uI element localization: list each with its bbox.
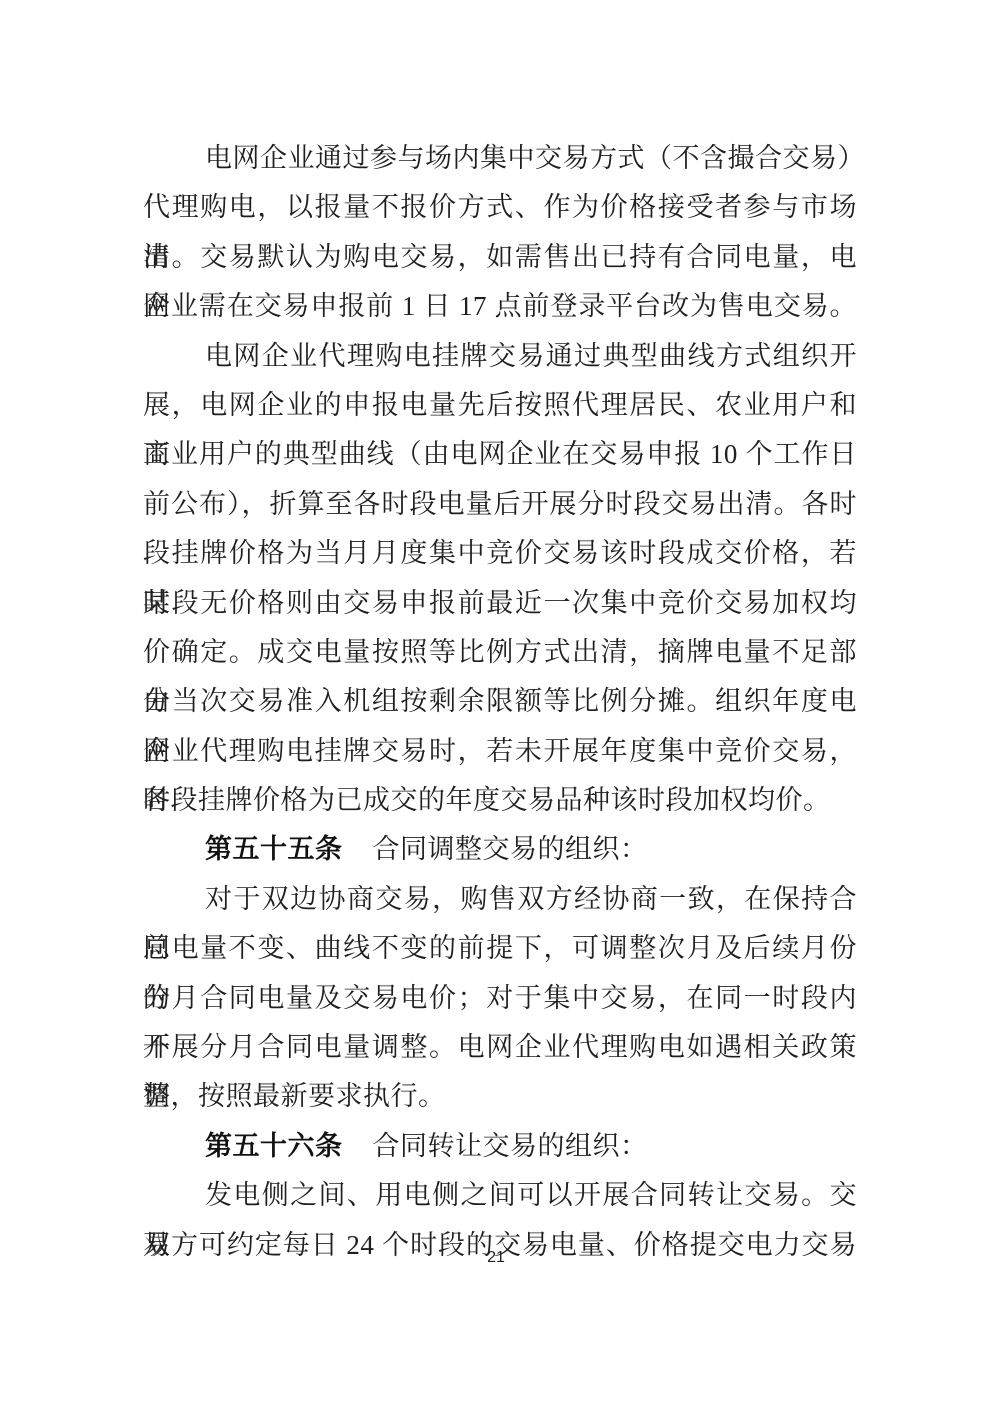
doc-line: 整，按照最新要求执行。 bbox=[143, 1072, 857, 1121]
article-heading-55: 第五十五条合同调整交易的组织： bbox=[143, 825, 857, 874]
doc-line: 前公布），折算至各时段电量后开展分时段交易出清。各时 bbox=[143, 480, 857, 529]
doc-line: 分月合同电量及交易电价；对于集中交易，在同一时段内不 bbox=[143, 974, 857, 1023]
doc-line: 开展分月合同电量调整。电网企业代理购电如遇相关政策调 bbox=[143, 1023, 857, 1072]
page-number: 21 bbox=[0, 1249, 992, 1267]
article-title: 合同调整交易的组织： bbox=[373, 834, 648, 864]
doc-line: 由当次交易准入机组按剩余限额等比例分摊。组织年度电网 bbox=[143, 677, 857, 726]
document-page: 电网企业通过参与场内集中交易方式（不含撮合交易） 代理购电，以报量不报价方式、作… bbox=[0, 0, 992, 1403]
doc-line: 商业用户的典型曲线（由电网企业在交易申报 10 个工作日 bbox=[143, 430, 857, 479]
doc-line: 发电侧之间、用电侧之间可以开展合同转让交易。交易 bbox=[143, 1171, 857, 1220]
doc-line: 时段挂牌价格为已成交的年度交易品种该时段加权均价。 bbox=[143, 776, 857, 825]
doc-line: 电网企业通过参与场内集中交易方式（不含撮合交易） bbox=[143, 134, 857, 183]
doc-line: 对于双边协商交易，购售双方经协商一致，在保持合同 bbox=[143, 875, 857, 924]
document-text-block: 电网企业通过参与场内集中交易方式（不含撮合交易） 代理购电，以报量不报价方式、作… bbox=[143, 134, 857, 1270]
doc-line: 企业代理购电挂牌交易时，若未开展年度集中竞价交易，各 bbox=[143, 727, 857, 776]
doc-line: 价确定。成交电量按照等比例方式出清，摘牌电量不足部分 bbox=[143, 628, 857, 677]
article-number: 第五十五条 bbox=[205, 834, 343, 864]
doc-line: 清。交易默认为购电交易，如需售出已持有合同电量，电网 bbox=[143, 233, 857, 282]
article-number: 第五十六条 bbox=[205, 1131, 343, 1161]
doc-line: 代理购电，以报量不报价方式、作为价格接受者参与市场出 bbox=[143, 183, 857, 232]
doc-line: 电网企业代理购电挂牌交易通过典型曲线方式组织开 bbox=[143, 332, 857, 381]
doc-line: 时段无价格则由交易申报前最近一次集中竞价交易加权均 bbox=[143, 579, 857, 628]
doc-line: 企业需在交易申报前 1 日 17 点前登录平台改为售电交易。 bbox=[143, 282, 857, 331]
article-heading-56: 第五十六条合同转让交易的组织： bbox=[143, 1122, 857, 1171]
doc-line: 展，电网企业的申报电量先后按照代理居民、农业用户和工 bbox=[143, 381, 857, 430]
doc-line: 总电量不变、曲线不变的前提下，可调整次月及后续月份的 bbox=[143, 924, 857, 973]
doc-line: 段挂牌价格为当月月度集中竞价交易该时段成交价格，若某 bbox=[143, 529, 857, 578]
article-title: 合同转让交易的组织： bbox=[373, 1131, 648, 1161]
